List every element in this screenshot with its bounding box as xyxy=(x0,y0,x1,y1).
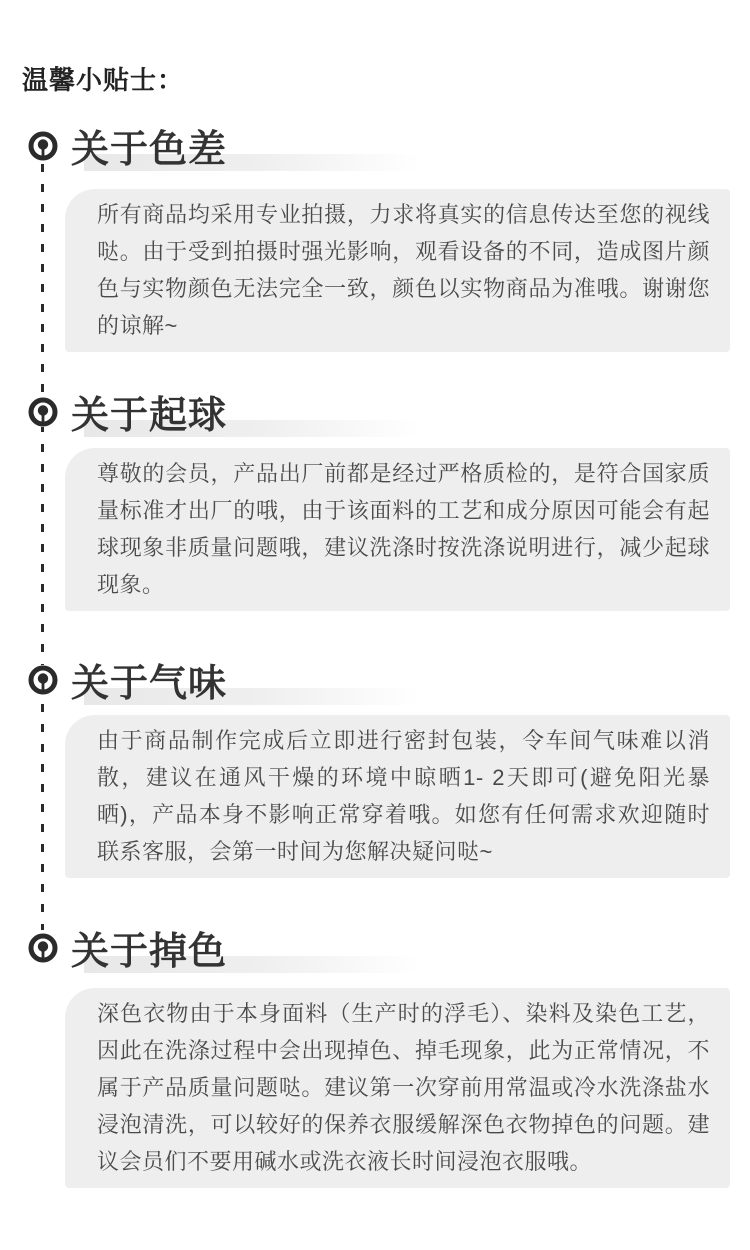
timeline-dashed-line xyxy=(41,164,44,930)
bullseye-target-icon xyxy=(28,933,58,963)
bullseye-target-icon xyxy=(28,665,58,695)
warm-tips-page: 温馨小贴士： 关于色差 所有商品均采用专业拍摄，力求将真实的信息传达至您的视线哒… xyxy=(0,0,750,1250)
tip-heading-odor: 关于气味 xyxy=(71,663,227,705)
tip-body-box: 尊敬的会员，产品出厂前都是经过严格质检的，是符合国家质量标准才出厂的哦，由于该面… xyxy=(65,448,730,611)
tip-heading-color-fading: 关于掉色 xyxy=(71,931,227,973)
tip-heading-pilling: 关于起球 xyxy=(71,395,227,437)
bullseye-target-icon xyxy=(28,397,58,427)
tip-body-text: 由于商品制作完成后立即进行密封包装，令车间气味难以消散，建议在通风干燥的环境中晾… xyxy=(97,722,710,870)
tip-heading-color-difference: 关于色差 xyxy=(71,129,227,171)
bullseye-target-icon xyxy=(28,131,58,161)
tip-body-text: 所有商品均采用专业拍摄，力求将真实的信息传达至您的视线哒。由于受到拍摄时强光影响… xyxy=(97,196,710,344)
tip-body-box: 深色衣物由于本身面料（生产时的浮毛）、染料及染色工艺，因此在洗涤过程中会出现掉色… xyxy=(65,988,730,1188)
tip-body-text: 深色衣物由于本身面料（生产时的浮毛）、染料及染色工艺，因此在洗涤过程中会出现掉色… xyxy=(97,995,710,1180)
tip-body-text: 尊敬的会员，产品出厂前都是经过严格质检的，是符合国家质量标准才出厂的哦，由于该面… xyxy=(97,455,710,603)
tip-body-box: 由于商品制作完成后立即进行密封包装，令车间气味难以消散，建议在通风干燥的环境中晾… xyxy=(65,715,730,878)
tip-body-box: 所有商品均采用专业拍摄，力求将真实的信息传达至您的视线哒。由于受到拍摄时强光影响… xyxy=(65,189,730,352)
page-title: 温馨小贴士： xyxy=(22,60,184,97)
